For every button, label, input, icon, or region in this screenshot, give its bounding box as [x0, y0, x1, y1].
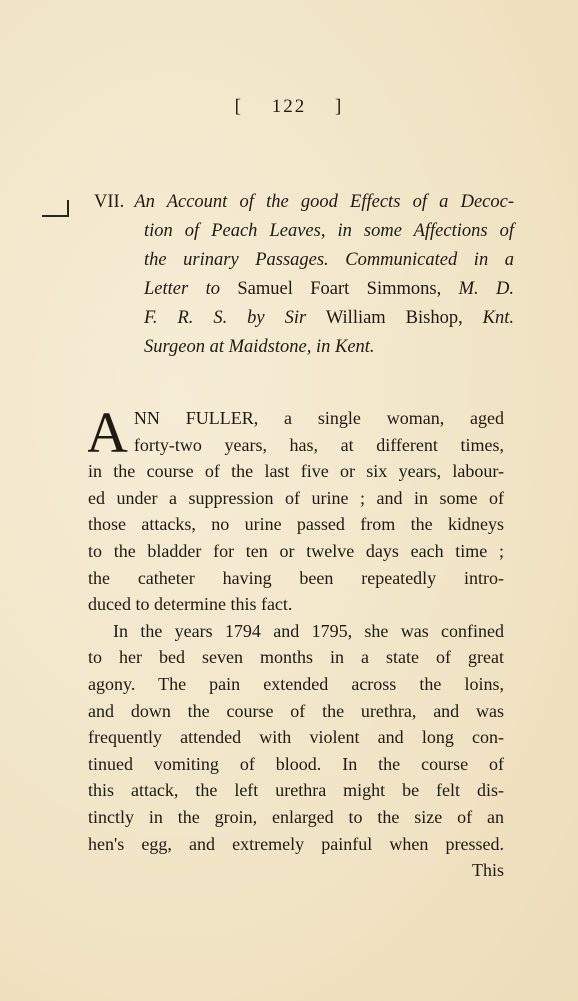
- margin-mark-icon: [42, 200, 69, 217]
- bracket-close: ]: [335, 96, 343, 118]
- article-title: VII.An Account of the good Effects of a …: [94, 188, 514, 362]
- body-line: forty-two years, has, at different times…: [88, 432, 504, 459]
- body-line: the catheter having been repeatedly intr…: [88, 565, 504, 592]
- title-line-5: F. R. S. by Sir William Bishop, Knt.: [94, 304, 514, 333]
- title-line-1: VII.An Account of the good Effects of a …: [94, 188, 514, 217]
- title-line-2: tion of Peach Leaves, in some Affections…: [94, 217, 514, 246]
- body-line: to the bladder for ten or twelve days ea…: [88, 538, 504, 565]
- body-line: in the course of the last five or six ye…: [88, 458, 504, 485]
- body-line: ed under a suppression of urine ; and in…: [88, 485, 504, 512]
- body-line: and down the course of the urethra, and …: [88, 698, 504, 725]
- title-line-6: Surgeon at Maidstone, in Kent.: [94, 333, 514, 362]
- drop-cap: A: [88, 409, 128, 457]
- title-line-3: the urinary Passages. Communicated in a: [94, 246, 514, 275]
- body-line: In the years 1794 and 1795, she was conf…: [88, 618, 504, 645]
- body-line: hen's egg, and extremely painful when pr…: [88, 831, 504, 858]
- body-line: tinued vomiting of blood. In the course …: [88, 751, 504, 778]
- body-line: tinctly in the groin, enlarged to the si…: [88, 804, 504, 831]
- page-header: [ 122 ]: [0, 96, 578, 118]
- body-line: this attack, the left urethra might be f…: [88, 777, 504, 804]
- body-line: frequently attended with violent and lon…: [88, 724, 504, 751]
- body-line: agony. The pain extended across the loin…: [88, 671, 504, 698]
- article-numeral: VII.: [94, 192, 124, 212]
- first-paragraph-opening: A NN FULLER, a single woman, aged forty-…: [88, 405, 504, 458]
- page-number: 122: [272, 96, 307, 117]
- body-line: to her bed seven months in a state of gr…: [88, 644, 504, 671]
- catchword: This: [88, 857, 504, 884]
- body-text: A NN FULLER, a single woman, aged forty-…: [88, 405, 504, 884]
- title-line-4: Letter to Samuel Foart Simmons, M. D.: [94, 275, 514, 304]
- bracket-open: [: [235, 96, 243, 118]
- body-line: duced to determine this fact.: [88, 591, 504, 618]
- body-line: NN FULLER, a single woman, aged: [88, 405, 504, 432]
- body-line: those attacks, no urine passed from the …: [88, 511, 504, 538]
